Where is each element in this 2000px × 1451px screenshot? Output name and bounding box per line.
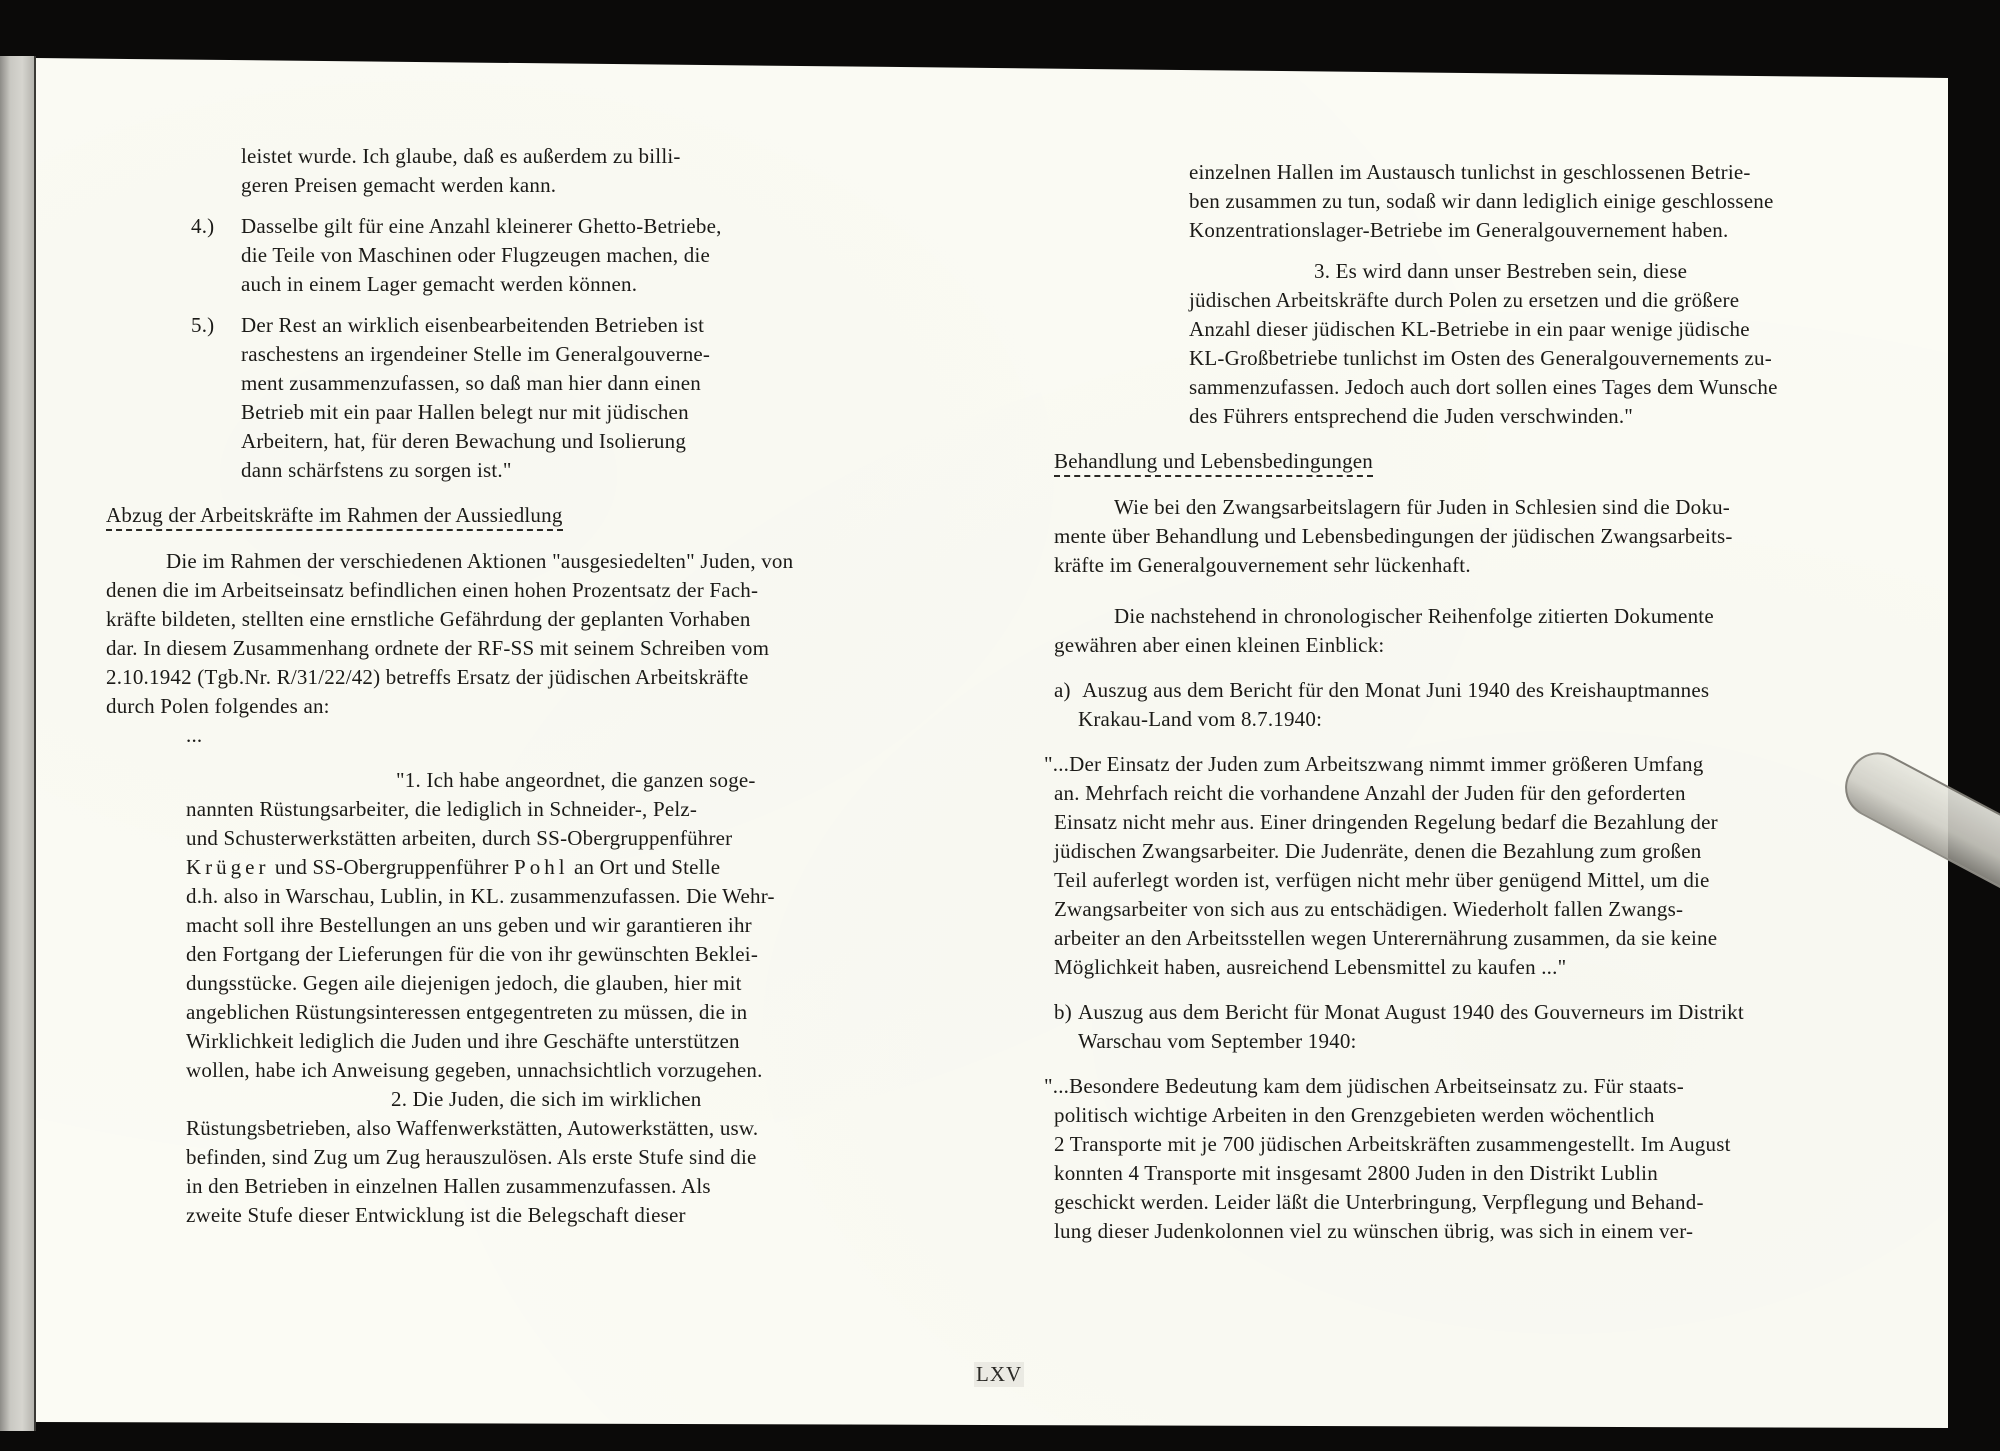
text-line: 2.10.1942 (Tgb.Nr. R/31/22/42) betreffs … [106,663,946,692]
text-line: dungsstücke. Gegen aile diejenigen jedoc… [186,969,946,998]
text-line: b)Auszug aus dem Bericht für Monat Augus… [1054,998,1914,1027]
numbered-item-4: 4.) Dasselbe gilt für eine Anzahl kleine… [106,212,946,299]
ellipsis: ... [106,721,946,750]
text-line: macht soll ihre Bestellungen an uns gebe… [186,911,946,940]
continuation-text: leistet wurde. Ich glaube, daß es außerd… [106,142,946,200]
text-line: Wirklichkeit lediglich die Juden und ihr… [186,1027,946,1056]
text-line: dann schärfstens zu sorgen ist." [241,456,946,485]
text-line: Warschau vom September 1940: [1054,1027,1914,1056]
text-line: geren Preisen gemacht werden kann. [241,171,946,200]
text-line: in den Betrieben in einzelnen Hallen zus… [186,1172,946,1201]
book-spine-edge [0,56,36,1431]
right-page-column: einzelnen Hallen im Austausch tunlichst … [1054,158,1914,1246]
text-line: 2. Die Juden, die sich im wirklichen [186,1085,946,1114]
page-number: LXV [974,1362,1024,1387]
text-line: die Teile von Maschinen oder Flugzeugen … [241,241,946,270]
text-line: Möglichkeit haben, ausreichend Lebensmit… [1054,953,1914,982]
text-fragment: an Ort und Stelle [569,855,721,879]
item-number: 4.) [191,212,241,299]
text-line: Rüstungsbetrieben, also Waffenwerkstätte… [186,1114,946,1143]
text-line: an. Mehrfach reicht die vorhandene Anzah… [1054,779,1914,808]
numbered-item-5: 5.) Der Rest an wirklich eisenbearbeiten… [106,311,946,485]
text-line: Arbeitern, hat, für deren Bewachung und … [241,427,946,456]
text-line: Die nachstehend in chronologischer Reihe… [1054,602,1914,631]
text-line: gewähren aber einen kleinen Einblick: [1054,631,1914,660]
text-line: jüdischen Zwangsarbeiter. Die Judenräte,… [1054,837,1914,866]
text-line: "...Der Einsatz der Juden zum Arbeitszwa… [1044,750,1914,779]
text-line: angeblichen Rüstungsinteressen entgegent… [186,998,946,1027]
text-line: 3. Es wird dann unser Bestreben sein, di… [1189,257,1914,286]
text-line: Zwangsarbeiter von sich aus zu entschädi… [1054,895,1914,924]
text-line: nannten Rüstungsarbeiter, die lediglich … [186,795,946,824]
text-line: einzelnen Hallen im Austausch tunlichst … [1189,158,1914,187]
text-line: kräfte bildeten, stellten eine ernstlich… [106,605,946,634]
item-number: 5.) [191,311,241,485]
text-line: Anzahl dieser jüdischen KL-Betriebe in e… [1189,315,1914,344]
paragraph-abzug: Die im Rahmen der verschiedenen Aktionen… [106,547,946,750]
text-fragment: Auszug aus dem Bericht für Monat August … [1078,1000,1744,1024]
text-line: Wie bei den Zwangsarbeitslagern für Jude… [1054,493,1914,522]
text-line: "1. Ich habe angeordnet, die ganzen soge… [186,766,946,795]
quote-report-a: "...Der Einsatz der Juden zum Arbeitszwa… [1054,750,1914,982]
text-line: den Fortgang der Lieferungen für die von… [186,940,946,969]
text-line: ben zusammen zu tun, sodaß wir dann ledi… [1189,187,1914,216]
quote-point-2: 2. Die Juden, die sich im wirklichen Rüs… [106,1085,946,1230]
list-item-a: a) Auszug aus dem Bericht für den Monat … [1054,676,1914,734]
text-line: befinden, sind Zug um Zug herauszulösen.… [186,1143,946,1172]
text-line: des Führers entsprechend die Juden versc… [1189,402,1914,431]
text-line: lung dieser Judenkolonnen viel zu wünsch… [1054,1217,1914,1246]
continuation-text: einzelnen Hallen im Austausch tunlichst … [1054,158,1914,245]
text-line: Konzentrationslager-Betriebe im Generalg… [1189,216,1914,245]
paragraph-dokumente: Die nachstehend in chronologischer Reihe… [1054,602,1914,660]
text-line: jüdischen Arbeitskräfte durch Polen zu e… [1189,286,1914,315]
text-line: zweite Stufe dieser Entwicklung ist die … [186,1201,946,1230]
text-line: durch Polen folgendes an: [106,692,946,721]
text-line: denen die im Arbeitseinsatz befindlichen… [106,576,946,605]
text-line: kräfte im Generalgouvernement sehr lücke… [1054,551,1914,580]
text-line: auch in einem Lager gemacht werden könne… [241,270,946,299]
text-fragment: Auszug aus dem Bericht für den Monat Jun… [1082,678,1709,702]
name-pohl: Pohl [514,855,569,879]
list-label: b) [1054,998,1078,1027]
text-line: mente über Behandlung und Lebensbedingun… [1054,522,1914,551]
text-line: ment zusammenzufassen, so daß man hier d… [241,369,946,398]
text-line: Krüger und SS-Obergruppenführer Pohl an … [186,853,946,882]
list-label: a) [1054,676,1078,705]
text-line: 2 Transporte mit je 700 jüdischen Arbeit… [1054,1130,1914,1159]
text-line: Dasselbe gilt für eine Anzahl kleinerer … [241,212,946,241]
section-heading-behandlung: Behandlung und Lebensbedingungen [1054,448,1373,477]
text-line: Die im Rahmen der verschiedenen Aktionen… [106,547,946,576]
text-line: KL-Großbetriebe tunlichst im Osten des G… [1189,344,1914,373]
text-line: politisch wichtige Arbeiten in den Grenz… [1054,1101,1914,1130]
quote-point-1: "1. Ich habe angeordnet, die ganzen soge… [106,766,946,1085]
text-line: d.h. also in Warschau, Lublin, in KL. zu… [186,882,946,911]
book-page-spread: leistet wurde. Ich glaube, daß es außerd… [36,58,1948,1450]
text-line: a) Auszug aus dem Bericht für den Monat … [1054,676,1914,705]
text-line: arbeiter an den Arbeitsstellen wegen Unt… [1054,924,1914,953]
text-line: dar. In diesem Zusammenhang ordnete der … [106,634,946,663]
text-line: und Schusterwerkstätten arbeiten, durch … [186,824,946,853]
text-line: "...Besondere Bedeutung kam dem jüdische… [1044,1072,1914,1101]
text-line: Teil auferlegt worden ist, verfügen nich… [1054,866,1914,895]
text-line: konnten 4 Transporte mit insgesamt 2800 … [1054,1159,1914,1188]
text-line: geschickt werden. Leider läßt die Unterb… [1054,1188,1914,1217]
text-line: Krakau-Land vom 8.7.1940: [1054,705,1914,734]
text-line: leistet wurde. Ich glaube, daß es außerd… [241,142,946,171]
section-heading-abzug: Abzug der Arbeitskräfte im Rahmen der Au… [106,502,563,531]
quote-report-b: "...Besondere Bedeutung kam dem jüdische… [1054,1072,1914,1246]
text-line: Betrieb mit ein paar Hallen belegt nur m… [241,398,946,427]
text-line: Einsatz nicht mehr aus. Einer dringenden… [1054,808,1914,837]
paragraph-behandlung: Wie bei den Zwangsarbeitslagern für Jude… [1054,493,1914,580]
text-line: sammenzufassen. Jedoch auch dort sollen … [1189,373,1914,402]
text-line: raschestens an irgendeiner Stelle im Gen… [241,340,946,369]
text-line: wollen, habe ich Anweisung gegeben, unna… [186,1056,946,1085]
quote-point-3: 3. Es wird dann unser Bestreben sein, di… [1054,257,1914,431]
list-item-b: b)Auszug aus dem Bericht für Monat Augus… [1054,998,1914,1056]
text-fragment: und SS-Obergruppenführer [269,855,514,879]
left-page-column: leistet wurde. Ich glaube, daß es außerd… [106,142,946,1230]
name-krueger: Krüger [186,855,269,879]
text-line: Der Rest an wirklich eisenbearbeitenden … [241,311,946,340]
